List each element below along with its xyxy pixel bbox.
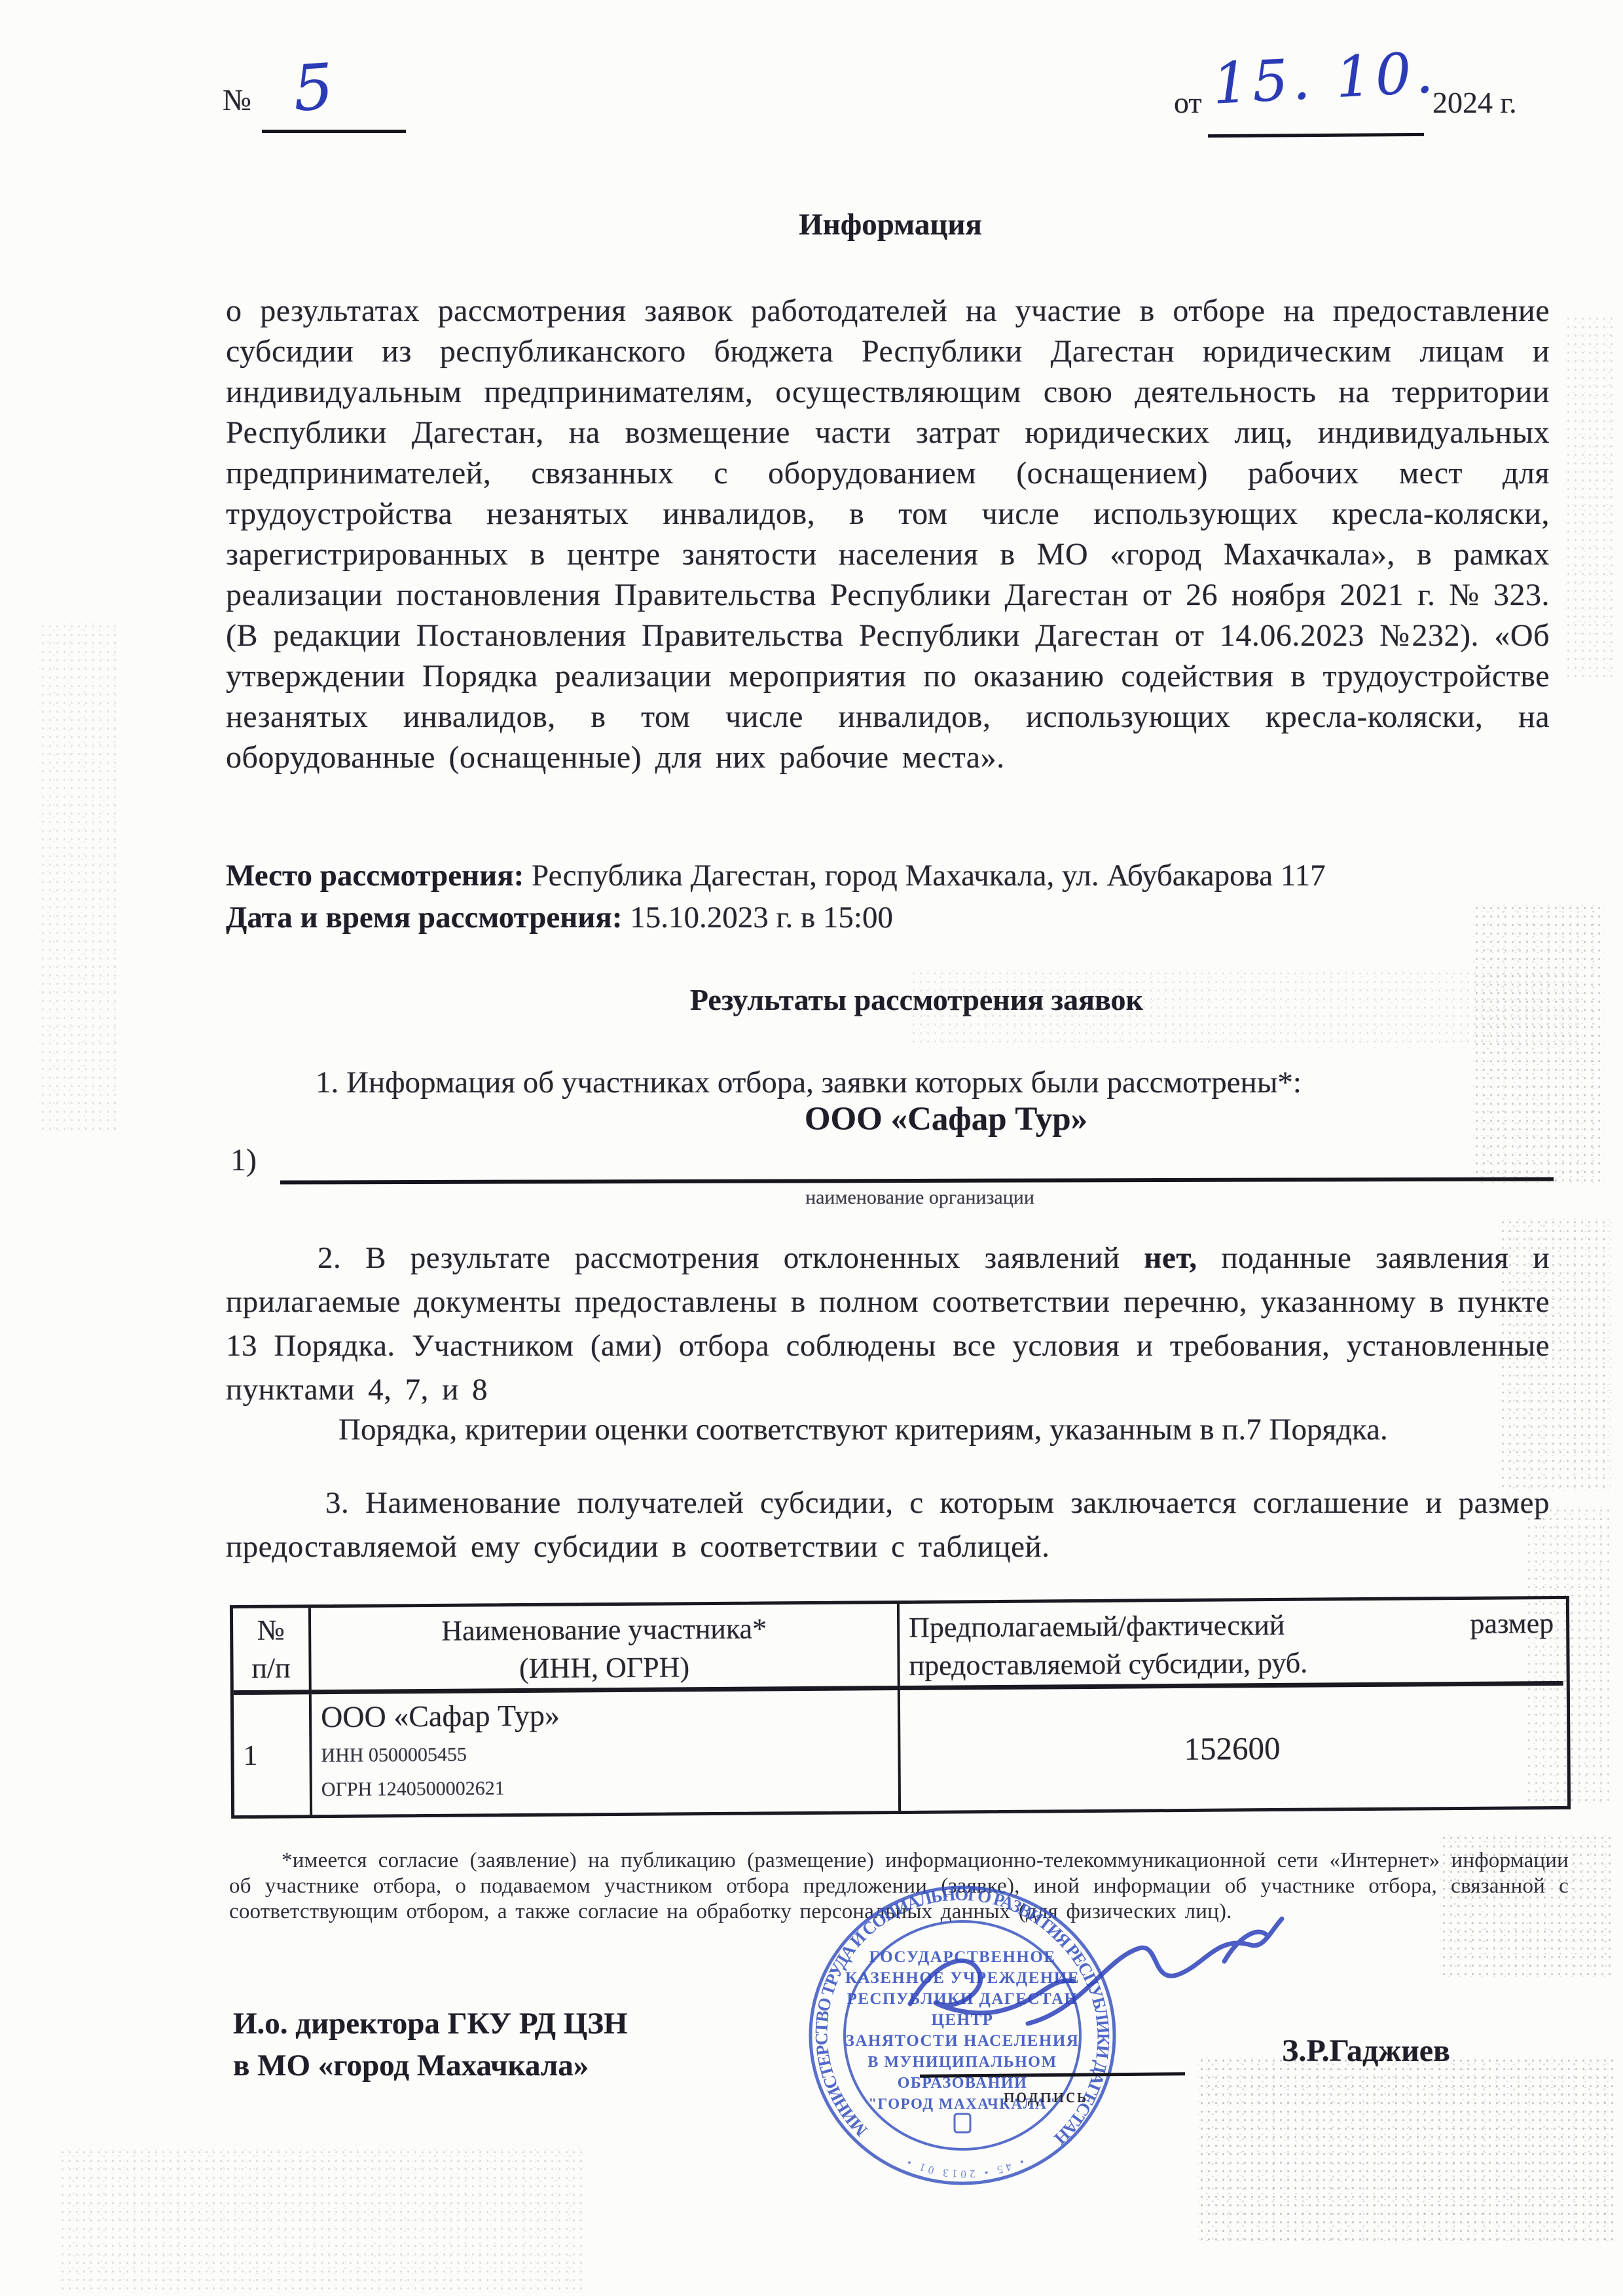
handwritten-signature — [831, 1899, 1329, 2174]
signature-caption: подпись — [976, 2084, 1116, 2107]
table-row-num: 1 — [234, 1694, 312, 1815]
document-title: Информация — [226, 207, 1555, 242]
results-item1: 1. Информация об участниках отбора, заяв… — [316, 1065, 1302, 1100]
review-datetime-value: 15.10.2023 г. в 15:00 — [622, 900, 892, 935]
org-line-prefix: 1) — [230, 1142, 257, 1178]
table-header-num-line1: № — [257, 1614, 284, 1647]
table-header-num-line2: п/п — [251, 1652, 291, 1685]
review-place-label: Место рассмотрения: — [226, 859, 524, 893]
signature-stroke-flourish — [1028, 1919, 1282, 2024]
table-header-amount-line1: Предполагаемый/фактический размер — [909, 1604, 1554, 1647]
scan-noise-patch — [39, 622, 118, 1133]
intro-paragraph: о результатах рассмотрения заявок работо… — [226, 291, 1550, 778]
signer-position-line1: И.о. директора ГКУ РД ЦЗН — [233, 2003, 628, 2045]
date-handwritten: 15. 10. — [1211, 40, 1439, 117]
date-prefix: от — [1174, 85, 1202, 120]
doc-number-underline — [262, 130, 406, 133]
review-datetime-label: Дата и время рассмотрения: — [226, 900, 622, 935]
item2-bold-word: нет, — [1144, 1241, 1197, 1275]
review-place-value: Республика Дагестан, город Махачкала, ул… — [524, 859, 1325, 893]
table-header-amount-line2: предоставляемой субсидии, руб. — [909, 1642, 1554, 1685]
participant-name: ООО «Сафар Тур» — [226, 1100, 1623, 1138]
subsidy-table: № п/п Наименование участника* (ИНН, ОГРН… — [230, 1596, 1571, 1819]
results-item3: 3. Наименование получателей субсидии, с … — [226, 1481, 1550, 1569]
table-row-amount: 152600 — [900, 1686, 1564, 1811]
scan-noise-patch — [59, 2148, 583, 2292]
scanned-document-page: № 5 от 15. 10. 2024 г. Информация о резу… — [0, 0, 1623, 2296]
table-header-amount-line1a: Предполагаемый/фактический — [909, 1606, 1285, 1647]
review-datetime-line: Дата и время рассмотрения: 15.10.2023 г.… — [226, 900, 1575, 935]
table-row-inn: ИНН 0500005455 — [321, 1739, 888, 1768]
table-header-amount: Предполагаемый/фактический размер предос… — [900, 1599, 1563, 1690]
table-header-num: № п/п — [233, 1608, 312, 1695]
date-underline — [1208, 133, 1424, 138]
org-name-underline — [280, 1177, 1554, 1184]
org-line-caption: наименование организации — [750, 1187, 1090, 1209]
scan-noise-patch — [1473, 904, 1604, 1185]
results-item2-line2: Порядка, критерии оценки соответствуют к… — [226, 1412, 1550, 1447]
table-row-ogrn: ОГРН 1240500002621 — [321, 1773, 889, 1802]
signer-position-line2: в МО «город Махачкала» — [233, 2045, 628, 2086]
results-heading: Результаты рассмотрения заявок — [226, 982, 1607, 1017]
doc-number-handwritten: 5 — [291, 50, 336, 126]
item2-text-before: 2. В результате рассмотрения отклоненных… — [318, 1241, 1144, 1275]
signer-position: И.о. директора ГКУ РД ЦЗН в МО «город Ма… — [233, 2003, 628, 2086]
signature-stroke-hook — [1224, 1932, 1267, 1961]
scan-noise-patch — [1565, 314, 1617, 681]
table-header-amount-line1b: размер — [1470, 1604, 1554, 1643]
table-row-org-name: ООО «Сафар Тур» — [321, 1695, 888, 1734]
results-item2: 2. В результате рассмотрения отклоненных… — [226, 1236, 1550, 1412]
table-header-participant-line1: Наименование участника* — [320, 1609, 888, 1651]
table-header-participant-line2: (ИНН, ОГРН) — [320, 1647, 888, 1689]
signer-name: З.Р.Гаджиев — [1282, 2033, 1450, 2069]
table-header-participant: Наименование участника* (ИНН, ОГРН) — [311, 1604, 900, 1694]
doc-number-label: № — [223, 83, 251, 117]
table-row-participant: ООО «Сафар Тур» ИНН 0500005455 ОГРН 1240… — [312, 1690, 901, 1815]
date-year: 2024 г. — [1432, 85, 1517, 120]
review-place-line: Место рассмотрения: Республика Дагестан,… — [226, 858, 1575, 893]
signature-stroke-main — [910, 1961, 1074, 2013]
